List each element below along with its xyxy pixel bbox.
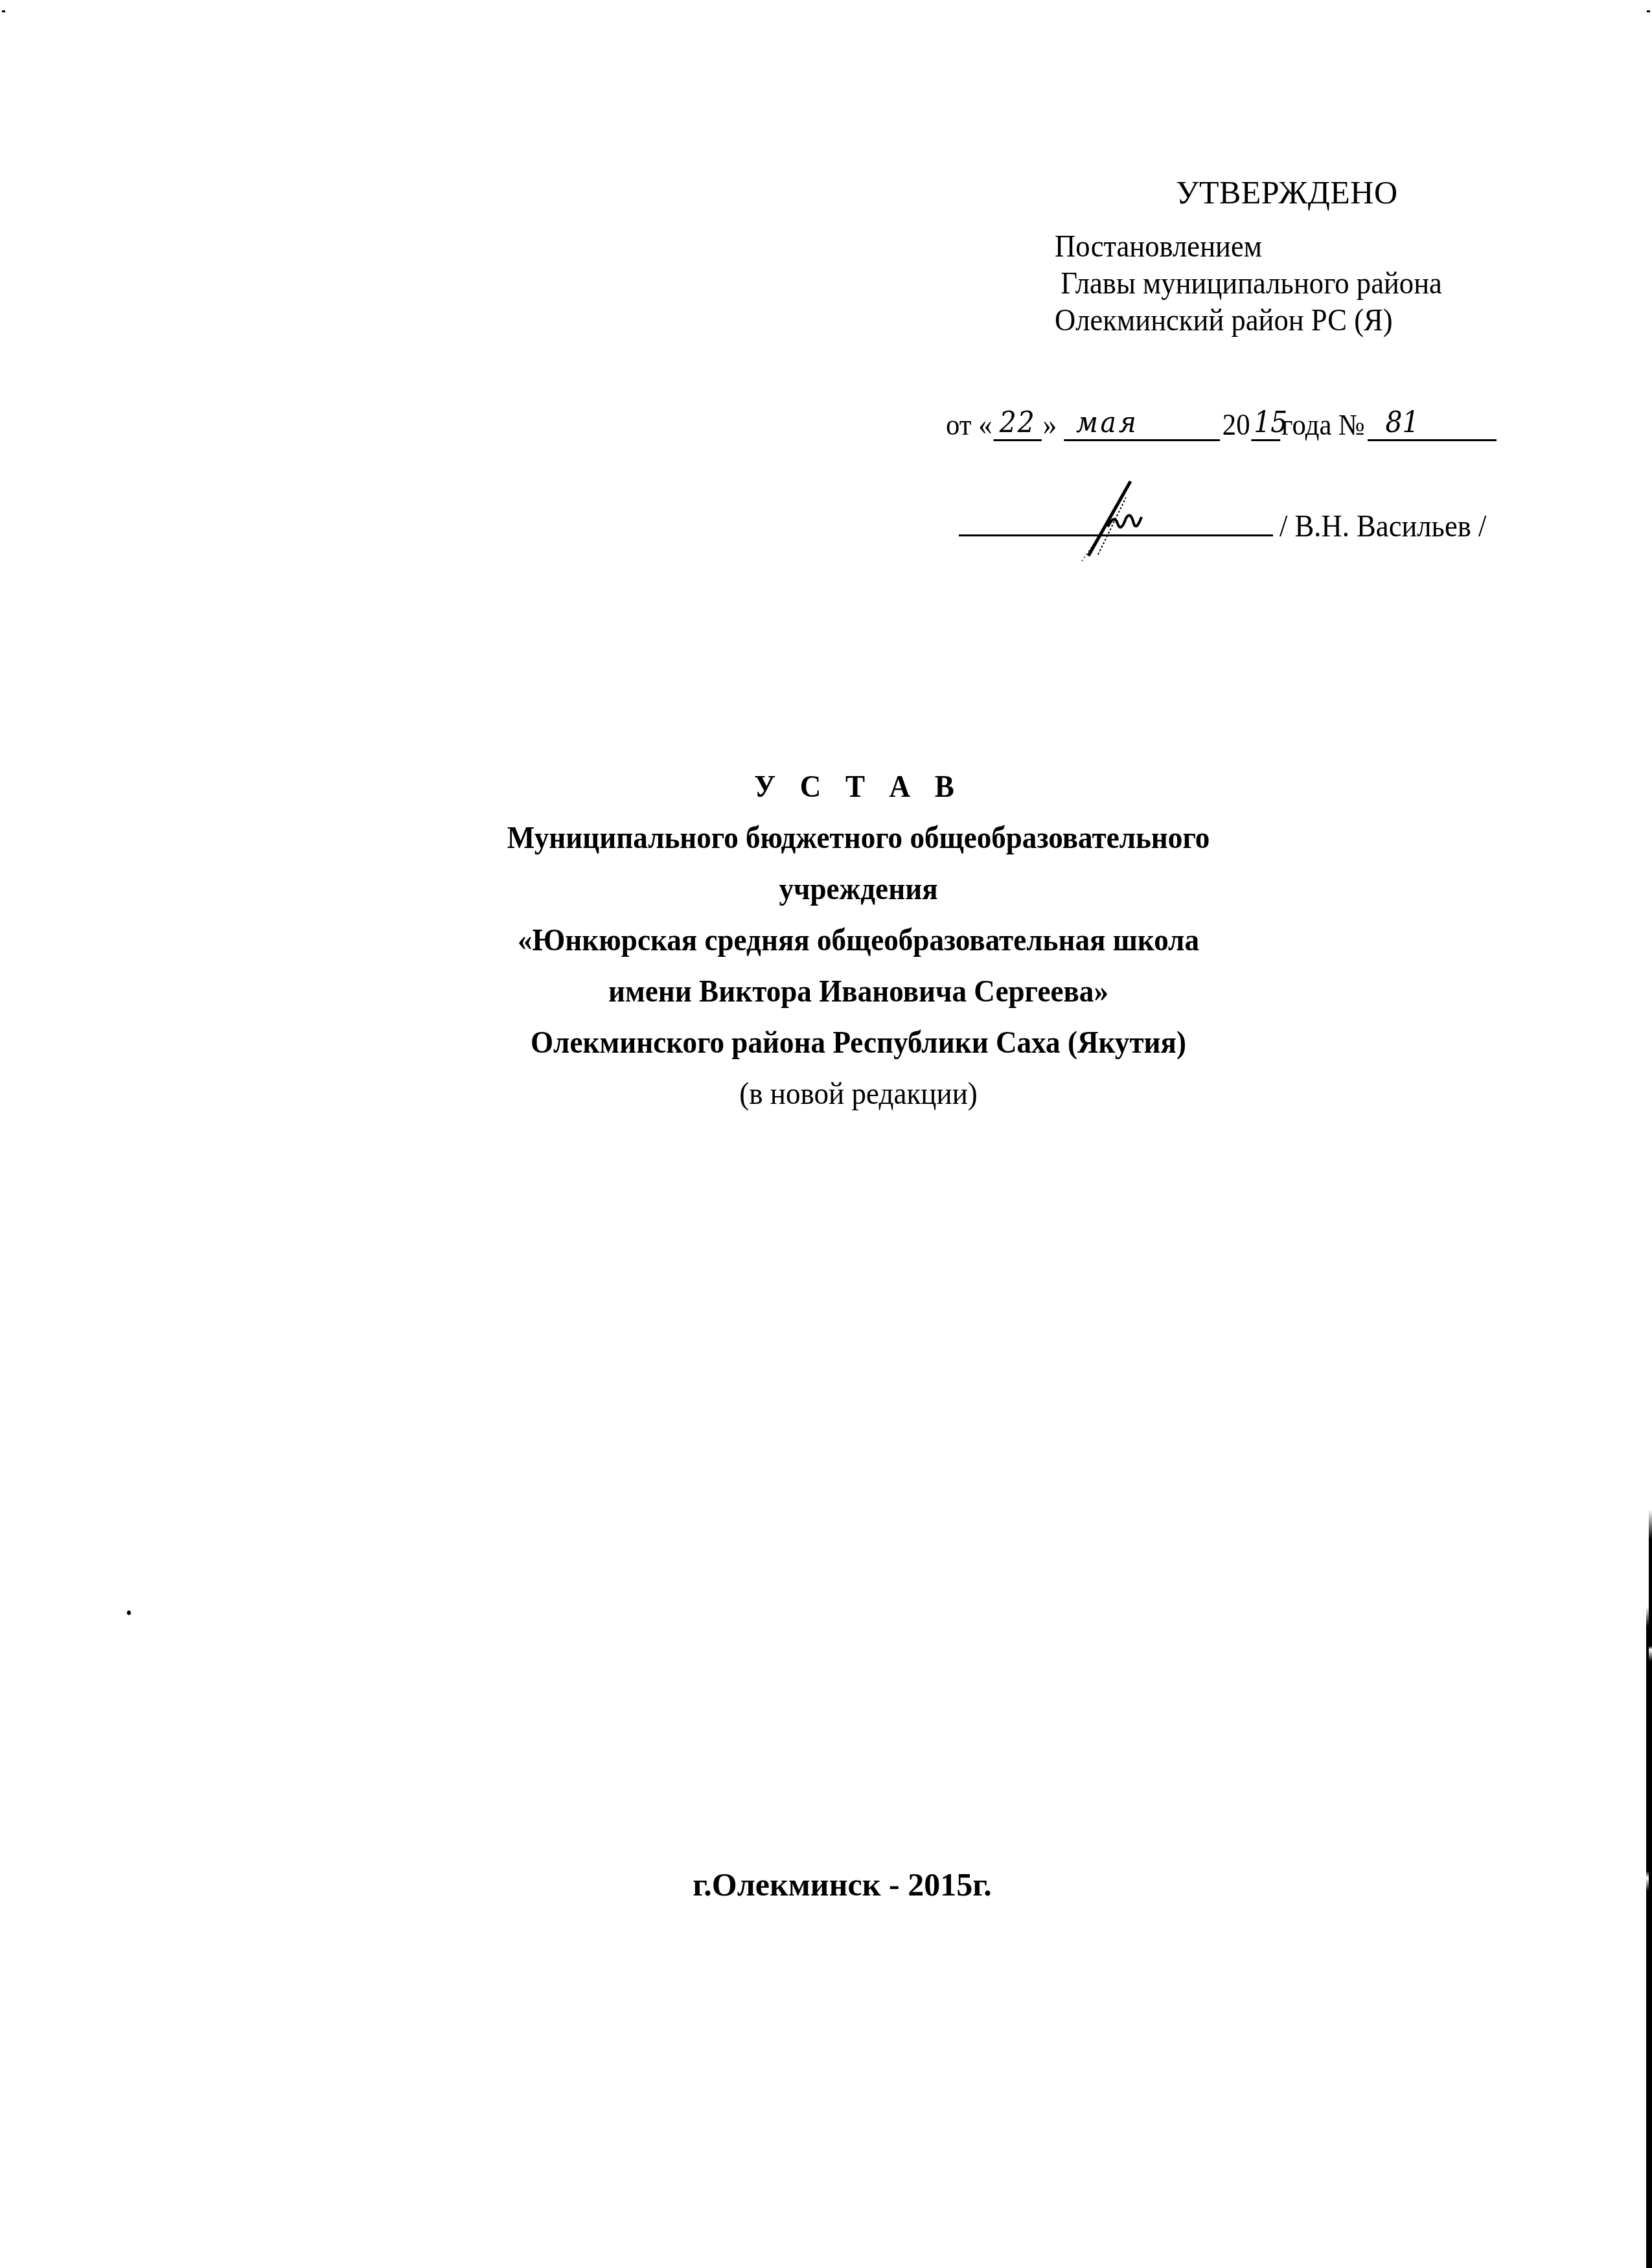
year-word-number-label: года № xyxy=(1281,409,1365,441)
institution-name-line: Муниципального бюджетного общеобразовате… xyxy=(478,812,1239,864)
scan-artifact xyxy=(2,10,5,12)
year-prefix: 20 xyxy=(1222,409,1250,441)
place-and-year: г.Олекминск - 2015г. xyxy=(615,1866,1069,1903)
approval-date-line: от « 22 » мая 20 15 года № 81 xyxy=(946,407,1497,441)
institution-name-line: учреждения xyxy=(478,864,1239,915)
document-page: УТВЕРЖДЕНО Постановлением Главы муниципа… xyxy=(0,0,1652,2268)
edition-note: (в новой редакции) xyxy=(478,1068,1239,1119)
approval-line: Главы муниципального района xyxy=(1055,265,1442,302)
scan-edge-shadow xyxy=(1649,1509,1652,2268)
handwritten-signature-icon xyxy=(1069,478,1147,562)
charter-title-block: У С Т А В Муниципального бюджетного обще… xyxy=(453,761,1263,1119)
signature-underline xyxy=(959,534,1273,536)
approval-line: Олекминский район РС (Я) xyxy=(1055,302,1442,339)
approval-line: Постановлением xyxy=(1055,228,1442,265)
date-quote-close: » xyxy=(1043,409,1057,441)
scan-artifact xyxy=(1647,10,1650,12)
signature-line: / В.Н. Васильев / xyxy=(959,509,1502,544)
institution-name-line: Олекминского района Республики Саха (Яку… xyxy=(478,1017,1239,1068)
handwritten-month: мая xyxy=(1064,407,1220,441)
date-prefix: от « xyxy=(946,409,992,441)
signatory-name: / В.Н. Васильев / xyxy=(1279,509,1486,544)
handwritten-day: 22 xyxy=(993,407,1041,441)
scan-speck xyxy=(127,1610,131,1615)
institution-name-line: «Юнкюрская средняя общеобразовательная ш… xyxy=(478,915,1239,966)
document-title: У С Т А В xyxy=(478,761,1239,812)
scan-edge-shadow xyxy=(1646,1607,1649,2268)
institution-name-line: имени Виктора Ивановича Сергеева» xyxy=(478,966,1239,1017)
handwritten-year: 15 xyxy=(1252,407,1281,441)
approval-authority: Постановлением Главы муниципального райо… xyxy=(1055,228,1471,339)
approval-heading: УТВЕРЖДЕНО xyxy=(1176,174,1398,211)
handwritten-decree-number: 81 xyxy=(1368,407,1497,441)
